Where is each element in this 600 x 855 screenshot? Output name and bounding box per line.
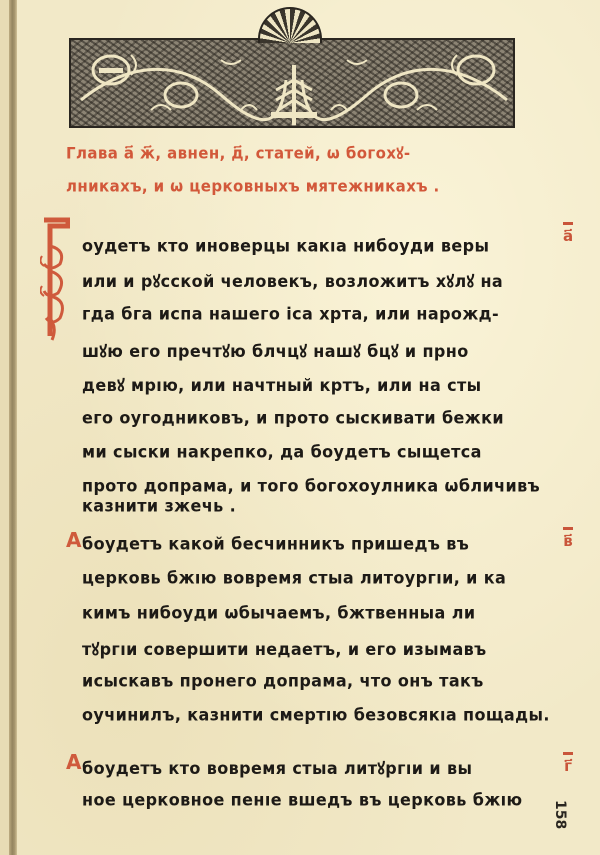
text-line: оучинилъ, казнити смертıю безовсякıа пощ… — [82, 705, 532, 725]
sunburst-ornament — [258, 7, 322, 43]
foliage-ornament-icon — [71, 40, 517, 130]
text-line: гда бга испа нашего іса хрта, или нарожд… — [82, 304, 532, 324]
chapter-title-line-1: Глава а҃ ж҃, авнен, д҃, статей, ѡ богохꙋ… — [66, 143, 516, 164]
text-line: прото допрама, и того богохоулника ѡблич… — [82, 476, 532, 496]
article-number-1: а҃ — [560, 222, 576, 245]
text-line: шꙋю его пречтꙋю блчцꙋ нашꙋ бцꙋ и прно — [82, 339, 532, 362]
text-line: ми сыски накрепко, да боудетъ сыщетса — [82, 442, 532, 462]
text-line: девꙋ мрıю, или начтный кртъ, или на сты — [82, 373, 532, 396]
text-line: ное церковное пенıе вшедъ въ церковь бжı… — [82, 790, 532, 810]
article-number-3: г҃ — [560, 752, 576, 775]
text-line: кимъ нибоуди ѡбычаемъ, бжтвенныа ли — [82, 603, 532, 623]
text-line: его оугодниковъ, и прото сыскивати бежки — [82, 408, 532, 428]
ornamental-initial-b-icon — [40, 216, 70, 346]
text-line: или и рꙋсской человекъ, возложитъ хꙋлꙋ н… — [82, 269, 532, 292]
article-number-2: в҃ — [560, 527, 576, 550]
chapter-title-line-2: лникахъ, и ѡ церковныхъ мятежникахъ . — [66, 177, 516, 196]
text-line: тꙋргıи совершити недаетъ, и его изымавъ — [82, 637, 532, 660]
text-line: боудетъ кто вовремя стыа литꙋргıи и вы — [82, 756, 532, 779]
text-line: казнити зжечь . — [82, 496, 532, 516]
text-line: боудетъ какой бесчинникъ пришедъ въ — [82, 534, 532, 554]
text-line: церковь бжıю вовремя стыа литоургıи, и к… — [82, 568, 532, 588]
folio-number: 158 — [552, 800, 568, 829]
red-initial: А — [66, 750, 81, 774]
woodcut-headpiece — [69, 38, 515, 128]
red-initial: А — [66, 528, 81, 552]
book-page: Глава а҃ ж҃, авнен, д҃, статей, ѡ богохꙋ… — [0, 0, 600, 855]
text-line: оудетъ кто иноверцы какıа нибоуди веры — [82, 236, 532, 256]
binding-gutter — [9, 0, 17, 855]
text-line: исыскавъ пронего допрама, что онъ такъ — [82, 671, 532, 691]
page-edge — [0, 0, 9, 855]
